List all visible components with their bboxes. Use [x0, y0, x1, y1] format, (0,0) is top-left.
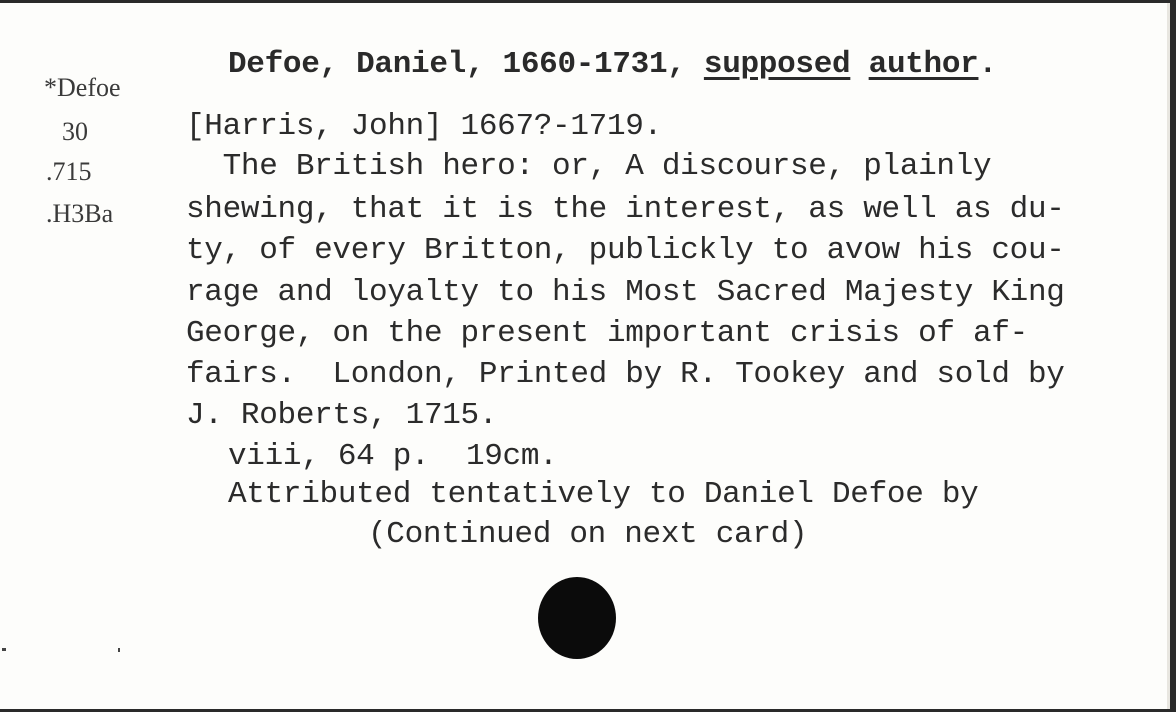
heading-role-author: author [869, 47, 979, 82]
card-punch-hole [538, 577, 616, 659]
call-number-line-2: 30 [62, 117, 88, 147]
body-line-7: J. Roberts, 1715. [186, 398, 497, 434]
body-line-1: The British hero: or, A discourse, plain… [186, 149, 991, 185]
added-entry-heading: Defoe, Daniel, 1660-1731, supposed autho… [228, 47, 997, 83]
body-line-3: ty, of every Britton, publickly to avow … [186, 233, 1065, 269]
body-line-6: fairs. London, Printed by R. Tookey and … [186, 357, 1065, 393]
note: Attributed tentatively to Daniel Defoe b… [228, 477, 978, 513]
body-line-4: rage and loyalty to his Most Sacred Maje… [186, 275, 1065, 311]
call-number-line-4: .H3Ba [46, 199, 113, 229]
continued-note: (Continued on next card) [368, 517, 807, 553]
body-line-5: George, on the present important crisis … [186, 316, 1028, 352]
heading-period: . [978, 47, 996, 82]
speck [2, 648, 6, 651]
catalog-card: *Defoe 30 .715 .H3Ba Defoe, Daniel, 1660… [0, 3, 1170, 709]
heading-role-supposed: supposed [704, 47, 850, 82]
call-number-line-1: *Defoe [44, 73, 121, 103]
body-line-2: shewing, that it is the interest, as wel… [186, 192, 1065, 228]
collation: viii, 64 p. 19cm. [228, 439, 557, 475]
main-entry: [Harris, John] 1667?-1719. [186, 109, 662, 145]
heading-name: Defoe, Daniel, 1660-1731, [228, 47, 686, 82]
speck [118, 648, 120, 652]
call-number-line-3: .715 [46, 157, 92, 187]
